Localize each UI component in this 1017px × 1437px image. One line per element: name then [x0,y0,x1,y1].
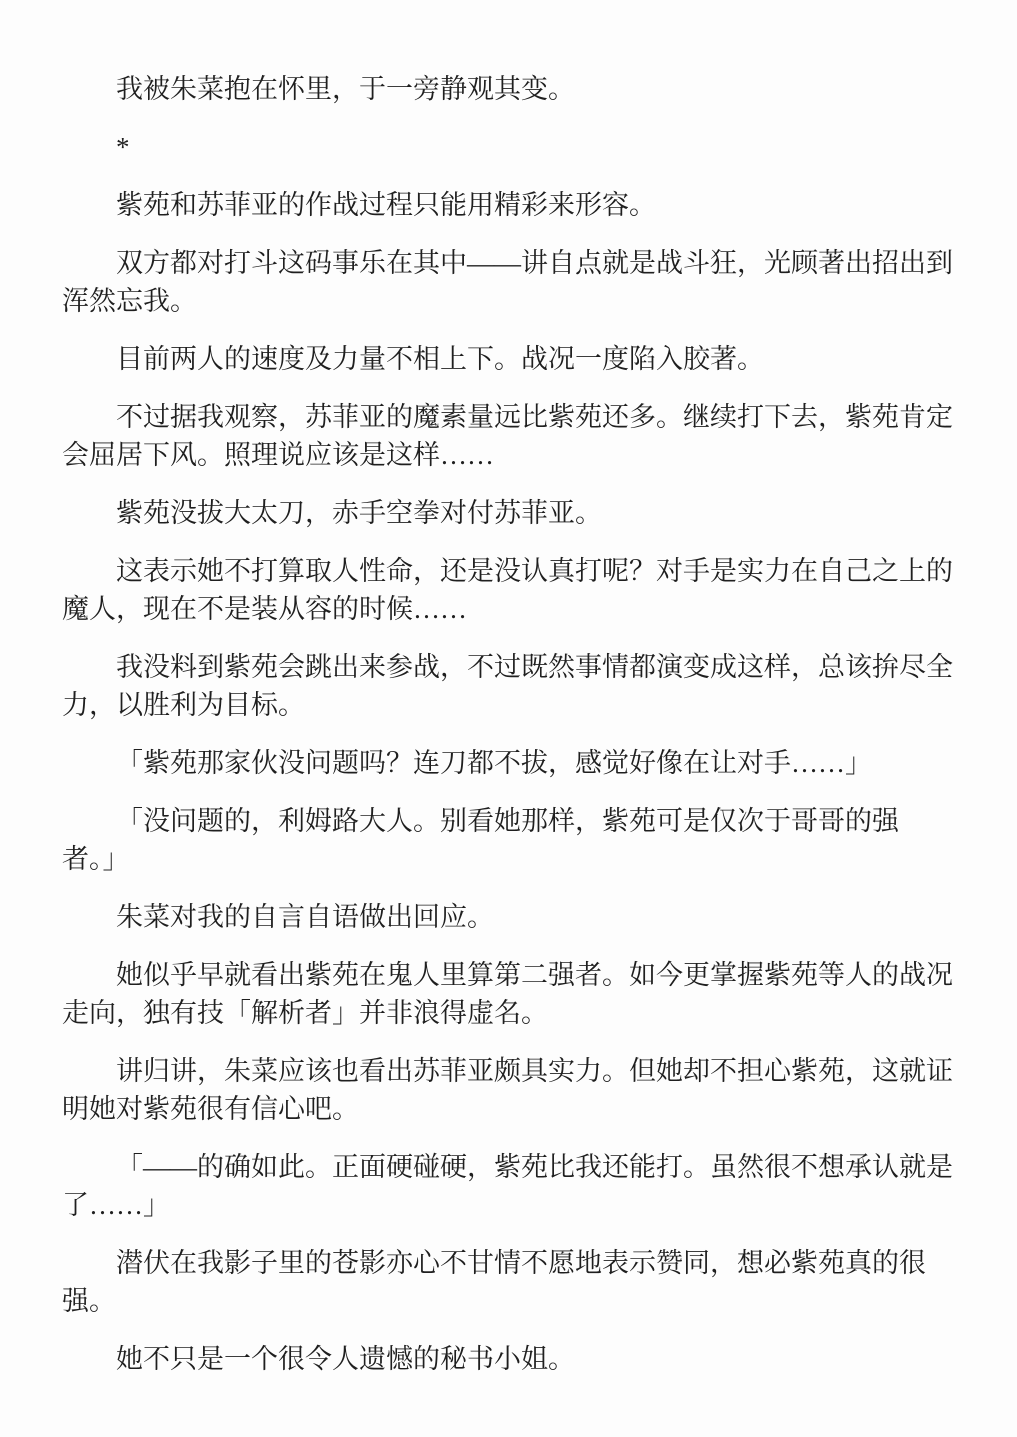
section-separator: * [62,128,955,166]
novel-page: 我被朱菜抱在怀里，于一旁静观其变。 * 紫苑和苏菲亚的作战过程只能用精彩来形容。… [0,0,1017,1437]
paragraph: 这表示她不打算取人性命，还是没认真打呢？对手是实力在自己之上的 魔人，现在不是装… [62,552,955,628]
paragraph: 紫苑没拔大太刀，赤手空拳对付苏菲亚。 [62,494,955,532]
paragraph: 「紫苑那家伙没问题吗？连刀都不拔，感觉好像在让对手……」 [62,744,955,782]
paragraph: 朱菜对我的自言自语做出回应。 [62,898,955,936]
novel-page-content: 我被朱菜抱在怀里，于一旁静观其变。 * 紫苑和苏菲亚的作战过程只能用精彩来形容。… [62,70,955,1378]
paragraph: 我被朱菜抱在怀里，于一旁静观其变。 [62,70,955,108]
paragraph: 「——的确如此。正面硬碰硬，紫苑比我还能打。虽然很不想承认就是 了……」 [62,1148,955,1224]
paragraph: 她不只是一个很令人遗憾的秘书小姐。 [62,1340,955,1378]
paragraph: 目前两人的速度及力量不相上下。战况一度陷入胶著。 [62,340,955,378]
paragraph: 紫苑和苏菲亚的作战过程只能用精彩来形容。 [62,186,955,224]
paragraph: 不过据我观察，苏菲亚的魔素量远比紫苑还多。继续打下去，紫苑肯定 会屈居下风。照理… [62,398,955,474]
paragraph: 双方都对打斗这码事乐在其中——讲自点就是战斗狂，光顾著出招出到 浑然忘我。 [62,244,955,320]
paragraph: 她似乎早就看出紫苑在鬼人里算第二强者。如今更掌握紫苑等人的战况 走向，独有技「解… [62,956,955,1032]
paragraph: 讲归讲，朱菜应该也看出苏菲亚颇具实力。但她却不担心紫苑，这就证 明她对紫苑很有信… [62,1052,955,1128]
paragraph: 「没问题的，利姆路大人。别看她那样，紫苑可是仅次于哥哥的强 者。」 [62,802,955,878]
paragraph: 我没料到紫苑会跳出来参战，不过既然事情都演变成这样，总该拚尽全 力，以胜利为目标… [62,648,955,724]
paragraph: 潜伏在我影子里的苍影亦心不甘情不愿地表示赞同，想必紫苑真的很 强。 [62,1244,955,1320]
